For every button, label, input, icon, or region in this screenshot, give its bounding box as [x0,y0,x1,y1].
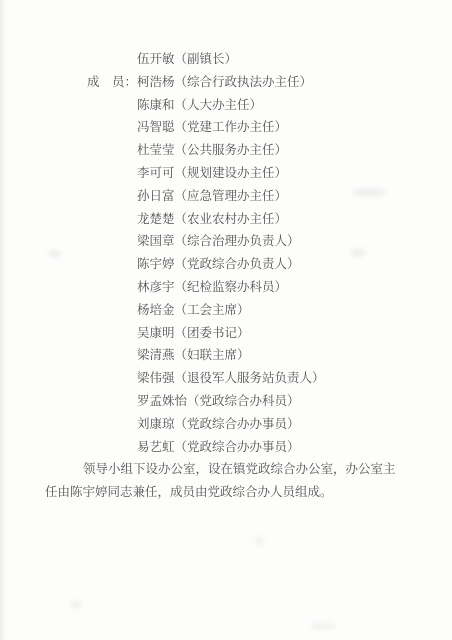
member-line: 梁国章（综合治理办负责人） [0,230,452,253]
member-line: 李可可（规划建设办主任） [0,162,452,185]
member-line: 杜莹莹（公共服务办主任） [0,139,452,162]
member-line: 吴康明（团委书记） [0,322,452,345]
roster-continuation-line: 伍开敏（副镇长） [0,48,452,71]
closing-paragraph-line: 领导小组下设办公室，设在镇党政综合办公室，办公室主 [0,458,452,481]
closing-paragraph-line: 任由陈宇婷同志兼任，成员由党政综合办人员组成。 [0,481,452,504]
members-role-label: 成 员： [87,75,137,89]
member-line: 陈宇婷（党政综合办负责人） [0,253,452,276]
member-line: 冯智聪（党建工作办主任） [0,116,452,139]
member-line: 孙日富（应急管理办主任） [0,185,452,208]
member-line: 林彦宇（纪检监察办科员） [0,276,452,299]
scan-smudge [310,622,336,630]
member-line: 刘康琼（党政综合办办事员） [0,413,452,436]
scan-smudge [255,536,264,547]
member-line: 梁清燕（妇联主席） [0,344,452,367]
document-page: 伍开敏（副镇长） 成 员：柯浩杨（综合行政执法办主任） 陈康和（人大办主任） 冯… [0,0,452,640]
scan-smudge [70,600,83,609]
member-line: 梁伟强（退役军人服务站负责人） [0,367,452,390]
member-line: 易艺虹（党政综合办办事员） [0,436,452,459]
members-first-line: 成 员：柯浩杨（综合行政执法办主任） [0,71,452,94]
member-line: 罗孟姝怡（党政综合办科员） [0,390,452,413]
member-line: 龙楚楚（农业农村办主任） [0,208,452,231]
member-line: 陈康和（人大办主任） [0,94,452,117]
member-line: 杨培金（工会主席） [0,299,452,322]
member-line: 柯浩杨（综合行政执法办主任） [137,75,312,89]
document-body: 伍开敏（副镇长） 成 员：柯浩杨（综合行政执法办主任） 陈康和（人大办主任） 冯… [0,48,452,504]
